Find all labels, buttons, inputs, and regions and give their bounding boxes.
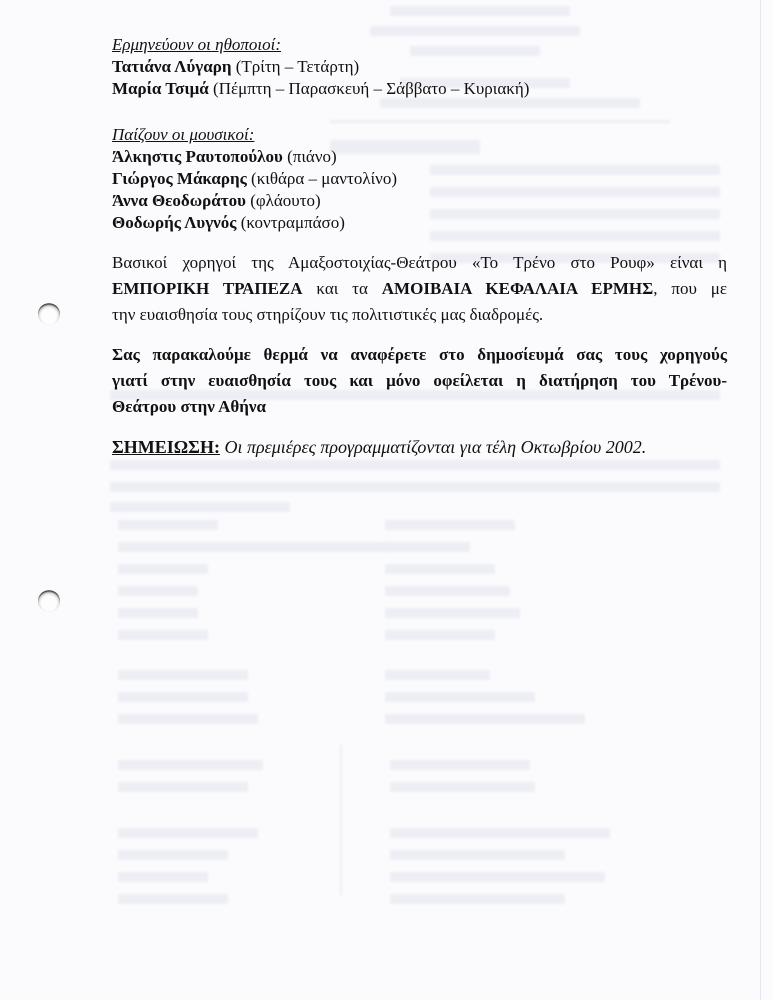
musician-instrument: (φλάουτο) [246, 191, 321, 210]
request-line-1: Σας παρακαλούμε θερμά να αναφέρετε στο δ… [112, 342, 727, 368]
punch-hole [38, 590, 60, 612]
sponsors-line-1: Βασικοί χορηγοί της Αμαξοστοιχίας-Θεάτρο… [112, 250, 727, 276]
musician-name: Γιώργος Μάκαρης [112, 169, 247, 188]
request-line-2: γιατί στην ευαισθησία τους και μόνο οφεί… [112, 368, 727, 394]
document-body: Ερμηνεύουν οι ηθοποιοί: Τατιάνα Λύγαρη (… [112, 34, 727, 459]
musician-instrument: (πιάνο) [283, 147, 337, 166]
actor-days: (Τρίτη – Τετάρτη) [231, 57, 359, 76]
musician-line: Γιώργος Μάκαρης (κιθάρα – μαντολίνο) [112, 168, 727, 190]
actor-days: (Πέμπτη – Παρασκευή – Σάββατο – Κυριακή) [209, 79, 530, 98]
musician-instrument: (κοντραμπάσο) [236, 213, 344, 232]
sponsors-line-2: ΕΜΠΟΡΙΚΗ ΤΡΑΠΕΖΑ και τα ΑΜΟΙΒΑΙΑ ΚΕΦΑΛΑΙ… [112, 276, 727, 302]
request-paragraph: Σας παρακαλούμε θερμά να αναφέρετε στο δ… [112, 342, 727, 420]
sponsors-paragraph: Βασικοί χορηγοί της Αμαξοστοιχίας-Θεάτρο… [112, 250, 727, 328]
sponsor-name: ΑΜΟΙΒΑΙΑ ΚΕΦΑΛΑΙΑ ΕΡΜΗΣ [382, 279, 653, 298]
punch-hole [38, 303, 60, 325]
actor-line: Μαρία Τσιμά (Πέμπτη – Παρασκευή – Σάββατ… [112, 78, 727, 100]
musician-line: Θοδωρής Λυγνός (κοντραμπάσο) [112, 212, 727, 234]
actor-line: Τατιάνα Λύγαρη (Τρίτη – Τετάρτη) [112, 56, 727, 78]
musicians-heading: Παίζουν οι μουσικοί: [112, 124, 727, 146]
actors-section: Ερμηνεύουν οι ηθοποιοί: Τατιάνα Λύγαρη (… [112, 34, 727, 100]
musician-name: Θοδωρής Λυγνός [112, 213, 236, 232]
sponsors-line-3: την ευαισθησία τους στηρίζουν τις πολιτι… [112, 302, 727, 328]
musicians-section: Παίζουν οι μουσικοί: Άλκηστις Ραυτοπούλο… [112, 124, 727, 234]
scanned-page: Ερμηνεύουν οι ηθοποιοί: Τατιάνα Λύγαρη (… [0, 0, 773, 1000]
actors-heading: Ερμηνεύουν οι ηθοποιοί: [112, 34, 727, 56]
note-text: Οι πρεμιέρες προγραμματίζονται για τέλη … [220, 437, 646, 457]
musician-line: Άννα Θεοδωράτου (φλάουτο) [112, 190, 727, 212]
sponsor-name: ΕΜΠΟΡΙΚΗ ΤΡΑΠΕΖΑ [112, 279, 303, 298]
actor-name: Τατιάνα Λύγαρη [112, 57, 231, 76]
musician-name: Άλκηστις Ραυτοπούλου [112, 147, 283, 166]
request-line-3: Θεάτρου στην Αθήνα [112, 394, 727, 420]
musician-line: Άλκηστις Ραυτοπούλου (πιάνο) [112, 146, 727, 168]
actor-name: Μαρία Τσιμά [112, 79, 209, 98]
musician-name: Άννα Θεοδωράτου [112, 191, 246, 210]
musician-instrument: (κιθάρα – μαντολίνο) [247, 169, 397, 188]
scan-edge-line [760, 0, 761, 1000]
note-label: ΣΗΜΕΙΩΣΗ: [112, 437, 220, 457]
note-section: ΣΗΜΕΙΩΣΗ: Οι πρεμιέρες προγραμματίζονται… [112, 436, 727, 459]
